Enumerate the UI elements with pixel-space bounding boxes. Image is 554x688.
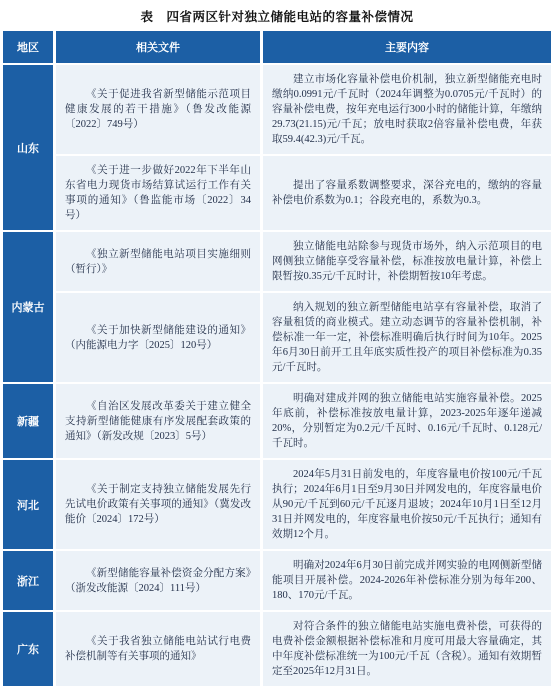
content-text: 纳入规划的独立新型储能电站享有容量补偿，取消了容量租赁的商业模式。建立动态调节的… — [272, 300, 542, 375]
content-cell: 独立储能电站除参与现货市场外，纳入示范项目的电网侧独立储能享受容量补偿，标准按放… — [263, 232, 551, 291]
table-row-shandong-2: 《关于进一步做好2022年下半年山东省电力现货市场结算试运行工作有关事项的通知》… — [3, 156, 551, 230]
content-text: 提出了容量系数调整要求，深谷充电的，缴纳的容量补偿电价系数为0.1；谷段充电的，… — [272, 178, 542, 208]
document-text: 《独立新型储能电站项目实施细则（暂行）》 — [65, 247, 251, 277]
document-text: 《关于进一步做好2022年下半年山东省电力现货市场结算试运行工作有关事项的通知》… — [65, 163, 251, 223]
document-cell: 《关于加快新型储能建设的通知》（内能源电力字〔2025〕120号） — [56, 293, 260, 382]
document-text: 《关于我省独立储能电站试行电费补偿机制等有关事项的通知》 — [65, 634, 251, 664]
content-text: 独立储能电站除参与现货市场外，纳入示范项目的电网侧独立储能享受容量补偿，标准按放… — [272, 239, 542, 284]
document-cell: 《关于进一步做好2022年下半年山东省电力现货市场结算试运行工作有关事项的通知》… — [56, 156, 260, 230]
document-text: 《关于制定支持独立储能发展先行先试电价政策有关事项的通知》（冀发改能价〔2024… — [65, 482, 251, 527]
content-cell: 明确对建成并网的独立储能电站实施容量补偿。2025年底前，补偿标准按放电量计算，… — [263, 384, 551, 458]
header-main-content: 主要内容 — [263, 31, 551, 63]
content-cell: 对符合条件的独立储能电站实施电费补偿，可获得的电费补偿金额根据补偿标准和月度可用… — [263, 612, 551, 686]
capacity-compensation-table: 地区 相关文件 主要内容 山东 《关于促进我省新型储能示范项目健康发展的若干措施… — [0, 29, 554, 688]
document-text: 《关于加快新型储能建设的通知》（内能源电力字〔2025〕120号） — [65, 323, 251, 353]
content-text: 明确对2024年6月30日前完成并网实验的电网侧新型储能项目开展补偿。2024-… — [272, 558, 542, 603]
content-cell: 建立市场化容量补偿电价机制，独立新型储能充电时缴纳0.0991元/千瓦时（202… — [263, 65, 551, 154]
table-row-neimenggu-2: 《关于加快新型储能建设的通知》（内能源电力字〔2025〕120号） 纳入规划的独… — [3, 293, 551, 382]
table-row-neimenggu-1: 内蒙古 《独立新型储能电站项目实施细则（暂行）》 独立储能电站除参与现货市场外，… — [3, 232, 551, 291]
table-title: 表 四省两区针对独立储能电站的容量补偿情况 — [0, 0, 554, 29]
table-row-guangdong: 广东 《关于我省独立储能电站试行电费补偿机制等有关事项的通知》 对符合条件的独立… — [3, 612, 551, 686]
region-cell-shandong: 山东 — [3, 65, 53, 230]
document-cell: 《关于制定支持独立储能发展先行先试电价政策有关事项的通知》（冀发改能价〔2024… — [56, 460, 260, 549]
table-row-zhejiang: 浙江 《新型储能容量补偿资金分配方案》（浙发改能源〔2024〕111号） 明确对… — [3, 551, 551, 610]
document-cell: 《独立新型储能电站项目实施细则（暂行）》 — [56, 232, 260, 291]
document-text: 《关于促进我省新型储能示范项目健康发展的若干措施》（鲁发改能源〔2022〕749… — [65, 87, 251, 132]
document-cell: 《新型储能容量补偿资金分配方案》（浙发改能源〔2024〕111号） — [56, 551, 260, 610]
content-cell: 提出了容量系数调整要求，深谷充电的，缴纳的容量补偿电价系数为0.1；谷段充电的，… — [263, 156, 551, 230]
content-text: 建立市场化容量补偿电价机制，独立新型储能充电时缴纳0.0991元/千瓦时（202… — [272, 72, 542, 147]
region-cell-xinjiang: 新疆 — [3, 384, 53, 458]
content-cell: 2024年5月31日前发电的，年度容量电价按100元/千瓦执行；2024年6月1… — [263, 460, 551, 549]
header-region: 地区 — [3, 31, 53, 63]
document-cell: 《关于我省独立储能电站试行电费补偿机制等有关事项的通知》 — [56, 612, 260, 686]
document-cell: 《关于促进我省新型储能示范项目健康发展的若干措施》（鲁发改能源〔2022〕749… — [56, 65, 260, 154]
content-text: 2024年5月31日前发电的，年度容量电价按100元/千瓦执行；2024年6月1… — [272, 467, 542, 542]
document-text: 《自治区发展改革委关于建立健全支持新型储能健康有序发展配套政策的通知》（新发改规… — [65, 399, 251, 444]
region-cell-guangdong: 广东 — [3, 612, 53, 686]
content-text: 明确对建成并网的独立储能电站实施容量补偿。2025年底前，补偿标准按放电量计算，… — [272, 391, 542, 451]
header-row: 地区 相关文件 主要内容 — [3, 31, 551, 63]
header-documents: 相关文件 — [56, 31, 260, 63]
table-row-xinjiang: 新疆 《自治区发展改革委关于建立健全支持新型储能健康有序发展配套政策的通知》（新… — [3, 384, 551, 458]
content-cell: 明确对2024年6月30日前完成并网实验的电网侧新型储能项目开展补偿。2024-… — [263, 551, 551, 610]
document-text: 《新型储能容量补偿资金分配方案》（浙发改能源〔2024〕111号） — [65, 566, 251, 596]
region-cell-zhejiang: 浙江 — [3, 551, 53, 610]
content-text: 对符合条件的独立储能电站实施电费补偿，可获得的电费补偿金额根据补偿标准和月度可用… — [272, 619, 542, 679]
document-cell: 《自治区发展改革委关于建立健全支持新型储能健康有序发展配套政策的通知》（新发改规… — [56, 384, 260, 458]
region-cell-neimenggu: 内蒙古 — [3, 232, 53, 382]
page: 表 四省两区针对独立储能电站的容量补偿情况 地区 相关文件 主要内容 山东 《关… — [0, 0, 554, 688]
region-cell-hebei: 河北 — [3, 460, 53, 549]
table-row-hebei: 河北 《关于制定支持独立储能发展先行先试电价政策有关事项的通知》（冀发改能价〔2… — [3, 460, 551, 549]
table-row-shandong-1: 山东 《关于促进我省新型储能示范项目健康发展的若干措施》（鲁发改能源〔2022〕… — [3, 65, 551, 154]
content-cell: 纳入规划的独立新型储能电站享有容量补偿，取消了容量租赁的商业模式。建立动态调节的… — [263, 293, 551, 382]
